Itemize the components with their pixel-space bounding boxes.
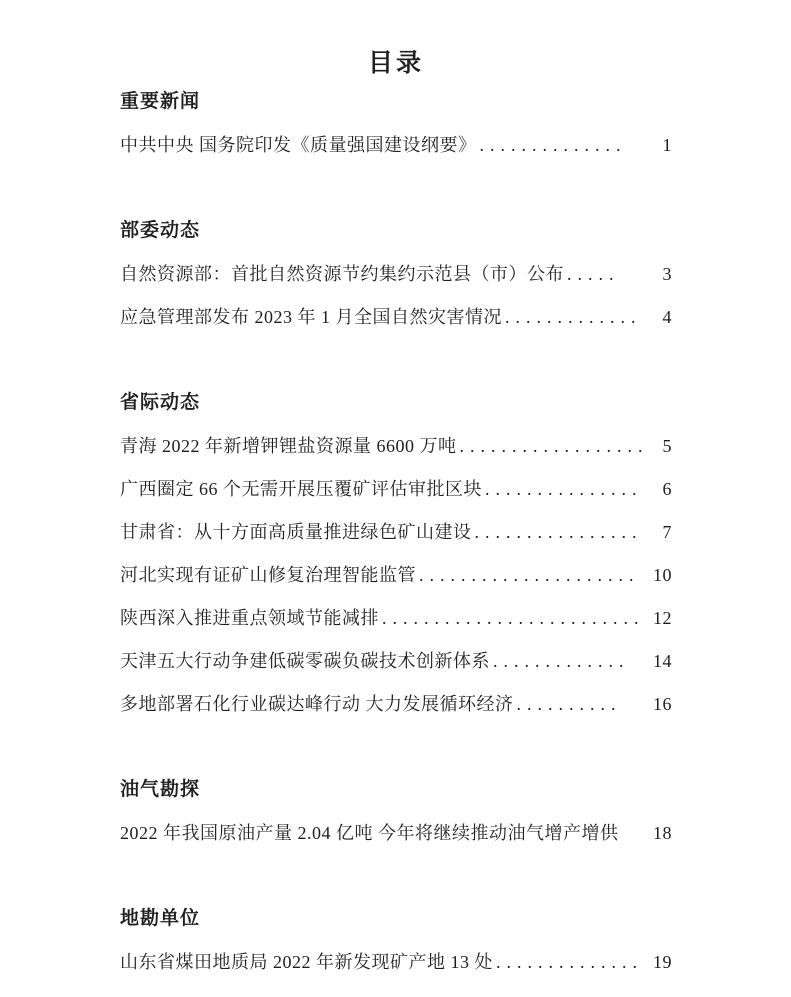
toc-entry[interactable]: 青海 2022 年新增钾锂盐资源量 6600 万吨 ..............… [120,436,672,456]
toc-entry[interactable]: 中共中央 国务院印发《质量强国建设纲要》 .............. 1 [120,135,672,155]
toc-entry[interactable]: 2022 年我国原油产量 2.04 亿吨 今年将继续推动油气增产增供 18 [120,823,672,843]
entry-page-number: 7 [663,522,673,542]
toc-entry[interactable]: 山东省煤田地质局 2022 年新发现矿产地 13 处 .............… [120,952,672,972]
dot-leader: ............... [482,479,663,499]
toc-entry[interactable]: 甘肃省：从十方面高质量推进绿色矿山建设 ................ 7 [120,522,672,542]
entry-page-number: 4 [663,307,673,327]
entry-title: 河北实现有证矿山修复治理智能监管 [120,565,416,585]
dot-leader: ................ [472,522,663,542]
dot-leader: .................. [457,436,663,456]
entry-title: 中共中央 国务院印发《质量强国建设纲要》 [120,135,477,155]
entry-page-number: 6 [663,479,673,499]
section-heading-ministry-news: 部委动态 [120,221,672,241]
entry-title: 陕西深入推进重点领域节能减排 [120,608,379,628]
entry-title: 青海 2022 年新增钾锂盐资源量 6600 万吨 [120,436,457,456]
entry-page-number: 12 [653,608,672,628]
toc-entry[interactable]: 应急管理部发布 2023 年 1 月全国自然灾害情况 .............… [120,307,672,327]
dot-leader: ..................... [416,565,653,585]
entry-title: 山东省煤田地质局 2022 年新发现矿产地 13 处 [120,952,493,972]
entry-page-number: 1 [663,135,673,155]
section-heading-provincial-news: 省际动态 [120,393,672,413]
dot-leader: .............. [493,952,653,972]
toc-entry[interactable]: 河北实现有证矿山修复治理智能监管 ..................... 1… [120,565,672,585]
entry-page-number: 19 [653,952,672,972]
toc-entry[interactable]: 广西圈定 66 个无需开展压覆矿评估审批区块 ............... 6 [120,479,672,499]
entry-page-number: 18 [653,823,672,843]
entry-title: 2022 年我国原油产量 2.04 亿吨 今年将继续推动油气增产增供 [120,823,619,843]
section-provincial-news: 省际动态 青海 2022 年新增钾锂盐资源量 6600 万吨 .........… [120,393,672,714]
section-ministry-news: 部委动态 自然资源部：首批自然资源节约集约示范县（市）公布 ..... 3 应急… [120,221,672,327]
section-heading-geological-units: 地勘单位 [120,909,672,929]
section-important-news: 重要新闻 中共中央 国务院印发《质量强国建设纲要》 ..............… [120,92,672,155]
toc-entry[interactable]: 自然资源部：首批自然资源节约集约示范县（市）公布 ..... 3 [120,264,672,284]
dot-leader: ............. [490,651,653,671]
entry-page-number: 14 [653,651,672,671]
dot-leader: .......... [514,694,654,714]
dot-leader: ......................... [379,608,653,628]
section-oil-gas-exploration: 油气勘探 2022 年我国原油产量 2.04 亿吨 今年将继续推动油气增产增供 … [120,780,672,843]
entry-title: 多地部署石化行业碳达峰行动 大力发展循环经济 [120,694,514,714]
entry-title: 甘肃省：从十方面高质量推进绿色矿山建设 [120,522,472,542]
entry-page-number: 3 [663,264,673,284]
dot-leader: .............. [477,135,663,155]
entry-title: 广西圈定 66 个无需开展压覆矿评估审批区块 [120,479,482,499]
toc-entry[interactable]: 天津五大行动争建低碳零碳负碳技术创新体系 ............. 14 [120,651,672,671]
toc-entry[interactable]: 多地部署石化行业碳达峰行动 大力发展循环经济 .......... 16 [120,694,672,714]
entry-page-number: 5 [663,436,673,456]
entry-title: 自然资源部：首批自然资源节约集约示范县（市）公布 [120,264,564,284]
section-heading-important-news: 重要新闻 [120,92,672,112]
toc-entry[interactable]: 陕西深入推进重点领域节能减排 .........................… [120,608,672,628]
entry-page-number: 16 [653,694,672,714]
entry-title: 天津五大行动争建低碳零碳负碳技术创新体系 [120,651,490,671]
entry-title: 应急管理部发布 2023 年 1 月全国自然灾害情况 [120,307,502,327]
dot-leader: ............. [502,307,663,327]
page-title: 目录 [120,50,672,78]
section-geological-units: 地勘单位 山东省煤田地质局 2022 年新发现矿产地 13 处 ........… [120,909,672,972]
entry-page-number: 10 [653,565,672,585]
section-heading-oil-gas-exploration: 油气勘探 [120,780,672,800]
toc-page: 目录 重要新闻 中共中央 国务院印发《质量强国建设纲要》 ...........… [0,0,791,997]
dot-leader: ..... [564,264,663,284]
